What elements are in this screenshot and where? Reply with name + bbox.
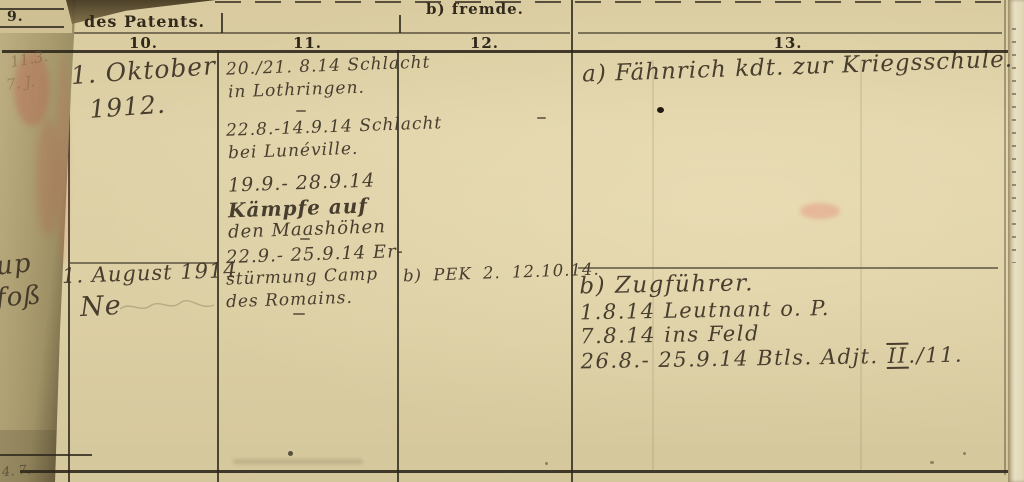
col11-battle4-line3: des Romains.: [226, 288, 353, 312]
faint-pencil-scribble: [118, 296, 218, 318]
fremde-column-label: b) fremde.: [426, 0, 524, 18]
entry-separator-dash: [300, 238, 310, 240]
pink-stain: [800, 203, 840, 219]
col11-battle1-line2: in Lothringen.: [228, 78, 366, 103]
col11-battle2-line1: 22.8.-14.9.14 Schlacht: [226, 113, 443, 141]
col12-dash-mark: [537, 117, 546, 119]
pencil-smudge: [233, 459, 363, 464]
table-bottom-rule: [20, 470, 1008, 473]
red-bleed-near-fold-edge: [56, 55, 70, 265]
col13-entry-b-line4-text: 26.8.- 25.9.14 Btls. Adjt.: [580, 344, 887, 373]
paper-crease: [860, 60, 862, 470]
col10-entry1-line2: 1912.: [88, 86, 219, 124]
roman-numeral-battalion: II: [887, 343, 909, 369]
table-top-border: [215, 1, 1005, 3]
paper-crease: [652, 60, 654, 470]
patent-column-label: des Patents.: [84, 12, 205, 31]
fold-cut-word: foß: [0, 280, 43, 313]
paper-speck: [930, 461, 934, 464]
paper-speck: [963, 452, 966, 455]
fold-bottom-fragment: 4. 7.: [1, 463, 31, 480]
paper-speck: [288, 451, 293, 456]
col13-entry-b-block: b) Zugführer. 1.8.14 Leutnant o. P. 7.8.…: [579, 268, 963, 375]
col11-battle1-line1: 20./21. 8.14 Schlacht: [226, 52, 431, 79]
scanned-military-record-page: 9. des Patents. b) fremde. 10. 11. 12. 1…: [0, 0, 1024, 482]
col13-entry-b-line4: 26.8.- 25.9.14 Btls. Adjt. II./11.: [580, 342, 963, 375]
col10-entry2-abbrev: Ne: [79, 290, 122, 323]
col11-battle2-line2: bei Lunéville.: [228, 139, 359, 164]
prev-page-header-underline: [0, 26, 64, 28]
divider-col11-col12-header-tick: [399, 15, 401, 33]
col11-battle4-line2: stürmung Camp: [226, 264, 379, 289]
col10-entry-date-2: 1. August 1914: [62, 258, 238, 288]
prev-column-number: 9.: [7, 9, 24, 25]
entry-separator-dash: [296, 110, 306, 112]
paper-speck: [545, 462, 548, 465]
col11-battle3-line1: 19.9.- 28.9.14: [228, 169, 376, 196]
col10-entry-date-1: 1. Oktober 1912.: [70, 51, 219, 125]
col13-entry-b-line4-suffix: ./11.: [908, 343, 963, 368]
fold-bottom-line: [0, 454, 92, 456]
entry-separator-dash: [293, 313, 305, 315]
divider-col12-col13: [571, 0, 573, 482]
divider-col10-col11-header-tick: [221, 13, 223, 33]
fold-cut-word: up: [0, 248, 33, 282]
col10-entry1-line1: 1. Oktober: [70, 51, 217, 90]
header-bottom-rule: [2, 50, 1008, 53]
ink-blot: [657, 107, 664, 113]
